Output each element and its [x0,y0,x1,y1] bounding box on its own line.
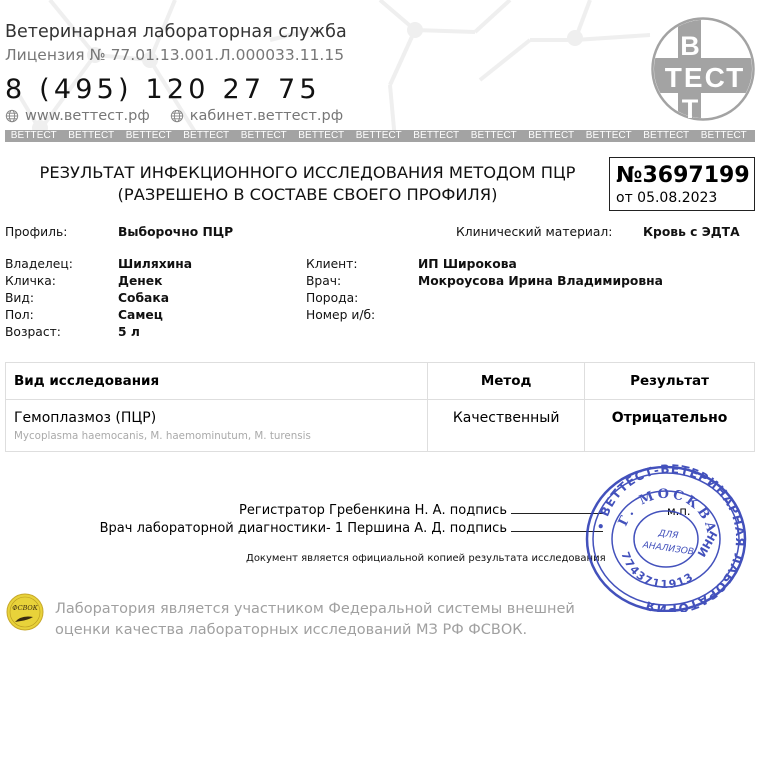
registrar-signature: Регистратор Гребенкина Н. А. подпись [100,502,603,520]
fsvok-logo-text: ФСВОК [12,604,38,612]
cabinet-link[interactable]: кабинет.веттест.рф [170,107,343,125]
banner-word: ВЕТТЕСТ [293,130,351,142]
banner-word: ВЕТТЕСТ [120,130,178,142]
document-title: РЕЗУЛЬТАТ ИНФЕКЦИОННОГО ИССЛЕДОВАНИЯ МЕТ… [10,162,605,206]
client-label: Клиент: [306,256,358,273]
title-line-1: РЕЗУЛЬТАТ ИНФЕКЦИОННОГО ИССЛЕДОВАНИЯ МЕТ… [10,162,605,184]
method-value: Качественный [436,409,576,427]
banner-word: ВЕТТЕСТ [580,130,638,142]
registrar-text: Регистратор Гребенкина Н. А. подпись [239,503,507,518]
test-name: Гемоплазмоз (ПЦР) [14,409,419,427]
owner-label: Владелец: [5,256,73,273]
header-contact-block: Ветеринарная лабораторная служба Лицензи… [5,20,347,125]
globe-icon [170,109,184,123]
lab-name: Ветеринарная лабораторная служба [5,20,347,44]
test-cell: Гемоплазмоз (ПЦР) Mycoplasma haemocanis,… [6,400,428,452]
banner-word: ВЕТТЕСТ [638,130,696,142]
title-line-2: (РАЗРЕШЕНО В СОСТАВЕ СВОЕГО ПРОФИЛЯ) [10,184,605,206]
result-value: Отрицательно [593,409,746,427]
profile-label: Профиль: [5,224,67,241]
banner-word: ВЕТТЕСТ [178,130,236,142]
fsvok-text-line-2: оценки качества лабораторных исследовани… [55,620,575,641]
document-number-box: №3697199 от 05.08.2023 [609,157,755,211]
fsvok-membership-text: Лаборатория является участником Федераль… [55,599,575,641]
client-value: ИП Широкова [418,256,517,273]
signature-block: Регистратор Гребенкина Н. А. подпись Вра… [100,502,603,538]
website-link-label[interactable]: www.веттест.рф [25,107,150,125]
document-date: от 05.08.2023 [616,190,754,207]
doctor-signature-text: Врач лабораторной диагностики- 1 Першина… [100,521,507,536]
doctor-signature: Врач лабораторной диагностики- 1 Першина… [100,520,603,538]
brand-banner-strip: ВЕТТЕСТВЕТТЕСТВЕТТЕСТВЕТТЕСТВЕТТЕСТВЕТТЕ… [5,130,755,142]
table-header-row: Вид исследования Метод Результат [6,363,755,400]
cabinet-link-label[interactable]: кабинет.веттест.рф [190,107,343,125]
fsvok-logo: ФСВОК [6,593,44,631]
method-cell: Качественный [428,400,585,452]
website-link[interactable]: www.веттест.рф [5,107,150,125]
header-result: Результат [585,363,755,400]
doctor-value: Мокроусова Ирина Владимировна [418,273,663,290]
doctor-label: Врач: [306,273,341,290]
stamp-center-1: ДЛЯ [657,529,679,542]
globe-icon [5,109,19,123]
logo-letter-middle: ТЕСТ [665,62,745,93]
banner-word: ВЕТТЕСТ [5,130,63,142]
lab-stamp: • ВЕТТЕСТ-ВЕТЕРИНАРНАЯ ЛАБОРАТОРИЯ Г. МО… [584,462,749,612]
fsvok-text-line-1: Лаборатория является участником Федераль… [55,599,575,620]
banner-word: ВЕТТЕСТ [695,130,753,142]
banner-word: ВЕТТЕСТ [408,130,466,142]
document-number: №3697199 [616,162,754,190]
sex-value: Самец [118,307,163,324]
header-test-type: Вид исследования [6,363,428,400]
result-cell: Отрицательно [585,400,755,452]
sex-label: Пол: [5,307,34,324]
test-detail: Mycoplasma haemocanis, M. haemominutum, … [14,428,419,444]
logo-letter-top: В [680,31,700,61]
vettest-logo: В ТЕСТ Т [651,17,755,121]
species-label: Вид: [5,290,34,307]
banner-word: ВЕТТЕСТ [350,130,408,142]
banner-word: ВЕТТЕСТ [63,130,121,142]
pet-name-value: Денек [118,273,162,290]
website-links: www.веттест.рф кабинет.веттест.рф [5,107,347,125]
profile-value: Выборочно ПЦР [118,224,233,241]
header-method: Метод [428,363,585,400]
banner-word: ВЕТТЕСТ [235,130,293,142]
logo-letter-bottom: Т [682,94,699,121]
record-number-label: Номер и/б: [306,307,375,324]
official-copy-note: Документ является официальной копией рез… [246,552,606,566]
material-label: Клинический материал: [456,224,612,241]
age-value: 5 л [118,324,140,341]
age-label: Возраст: [5,324,61,341]
stamp-center-2: АНАЛИЗОВ [641,540,694,557]
phone-number[interactable]: 8 (495) 120 27 75 [5,73,347,107]
breed-label: Порода: [306,290,358,307]
table-row: Гемоплазмоз (ПЦР) Mycoplasma haemocanis,… [6,400,755,452]
results-table: Вид исследования Метод Результат Гемопла… [5,362,755,452]
banner-word: ВЕТТЕСТ [465,130,523,142]
pet-name-label: Кличка: [5,273,56,290]
license-number: Лицензия № 77.01.13.001.Л.000033.11.15 [5,44,347,66]
material-value: Кровь с ЭДТА [643,224,740,241]
banner-word: ВЕТТЕСТ [523,130,581,142]
species-value: Собака [118,290,169,307]
owner-value: Шиляхина [118,256,192,273]
